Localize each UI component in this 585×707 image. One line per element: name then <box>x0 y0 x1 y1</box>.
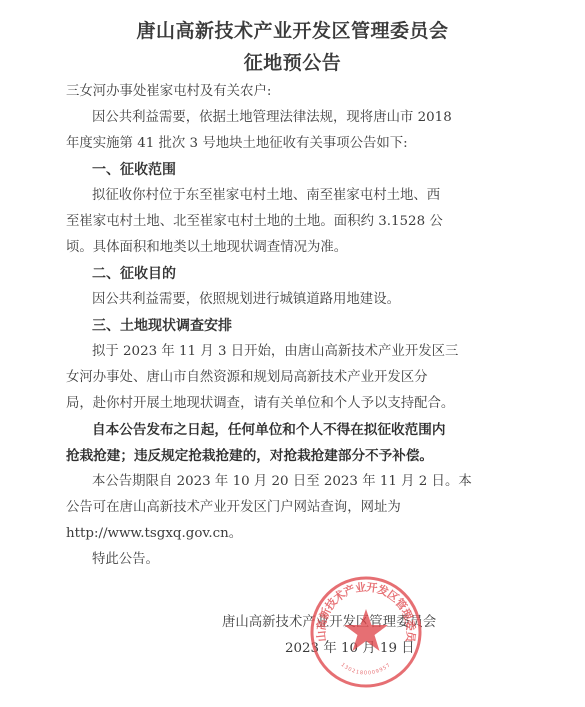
seal-serial-text: 1302180009957 <box>340 662 393 677</box>
scope-line-2: 至崔家屯村土地、北至崔家屯村土地的土地。面积约 3.1528 公 <box>66 212 443 232</box>
scope-line-1: 拟征收你村位于东至崔家屯村土地、南至崔家屯村土地、西 <box>92 186 440 206</box>
section-heading-purpose: 二、征收目的 <box>92 264 176 284</box>
signature-organization: 唐山高新技术产业开发区管理委员会 <box>222 611 436 630</box>
period-line-2: 公告可在唐山高新技术产业开发区门户网站查询，网址为 <box>66 498 401 518</box>
section-heading-survey: 三、土地现状调查安排 <box>92 316 232 336</box>
closing-text: 特此公告。 <box>92 550 159 570</box>
survey-line-1: 拟于 2023 年 11 月 3 日开始，由唐山高新技术产业开发区三 <box>92 342 458 362</box>
warning-line-2: 抢栽抢建；违反规定抢栽抢建的，对抢栽抢建部分不予补偿。 <box>66 446 433 466</box>
section-heading-scope: 一、征收范围 <box>92 160 176 180</box>
survey-line-3: 局，赴你村开展土地现状调查，请有关单位和个人予以支持配合。 <box>66 394 454 414</box>
seal-arc-text: 唐山高新技术产业开发区管理委员会 <box>309 575 418 644</box>
document-title: 唐山高新技术产业开发区管理委员会 <box>0 16 585 43</box>
svg-text:唐山高新技术产业开发区管理委员会: 唐山高新技术产业开发区管理委员会 <box>309 575 418 644</box>
official-seal-icon: 唐山高新技术产业开发区管理委员会 1302180009957 <box>309 575 423 689</box>
purpose-line-1: 因公共利益需要，依照规划进行城镇道路用地建设。 <box>92 290 400 310</box>
intro-line-1: 因公共利益需要，依据土地管理法律法规，现将唐山市 2018 <box>92 108 452 128</box>
svg-text:1302180009957: 1302180009957 <box>340 662 393 677</box>
website-url[interactable]: http://www.tsgxq.gov.cn。 <box>66 524 242 544</box>
scope-line-3: 顷。具体面积和地类以土地现状调查情况为准。 <box>66 238 347 258</box>
warning-line-1: 自本公告发布之日起，任何单位和个人不得在拟征收范围内 <box>92 420 445 440</box>
survey-line-2: 女河办事处、唐山市自然资源和规划局高新技术产业开发区分 <box>66 368 428 388</box>
period-line-1: 本公告期限自 2023 年 10 月 20 日至 2023 年 11 月 2 日… <box>92 472 472 492</box>
signature-date: 2023 年 10 月 19 日 <box>285 637 415 656</box>
intro-line-2: 年度实施第 41 批次 3 号地块土地征收有关事项公告如下: <box>66 134 408 154</box>
document-subtitle: 征地预公告 <box>0 48 585 75</box>
addressee: 三女河办事处崔家屯村及有关农户: <box>66 82 271 102</box>
